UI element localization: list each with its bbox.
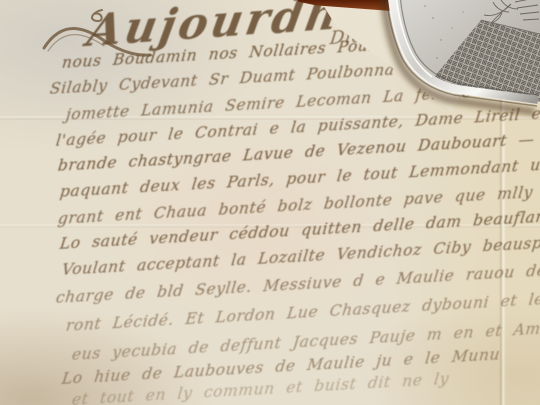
- manuscript-photo: Aujourdhuy Diahuict Nous nous Boudamin n…: [0, 0, 540, 405]
